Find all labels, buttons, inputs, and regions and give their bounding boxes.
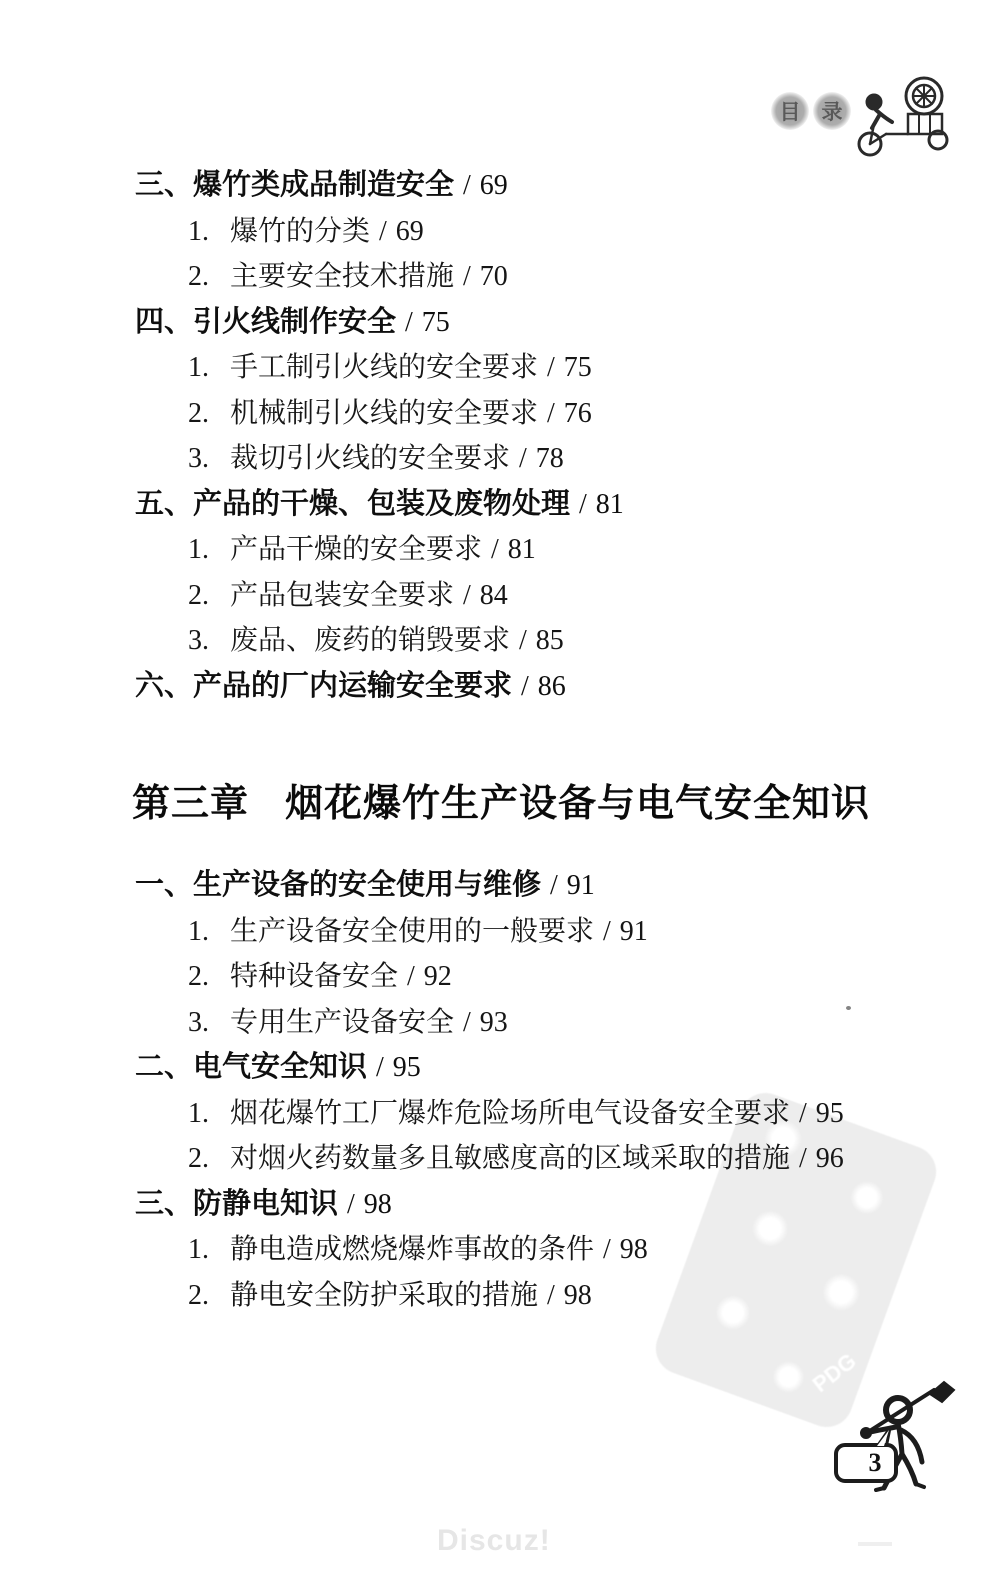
toc-entry-number: 3.	[188, 618, 214, 664]
toc-entry-text: 主要安全技术措施	[230, 261, 454, 292]
toc-entry-number: 2.	[188, 391, 214, 437]
toc-entry: 1.产品干燥的安全要求/81	[0, 527, 983, 573]
toc-page-number: 76	[564, 398, 592, 429]
scanned-toc-page: 目 录	[0, 0, 983, 1572]
fireworks-cart-icon	[852, 72, 958, 164]
toc-separator: /	[799, 1098, 807, 1129]
stamp-char: 目	[780, 96, 801, 126]
toc-entry-text: 生产设备安全使用的一般要求	[230, 916, 594, 947]
toc-separator: /	[376, 1052, 384, 1083]
toc-entry-text: 烟花爆竹工厂爆炸危险场所电气设备安全要求	[230, 1098, 790, 1129]
toc-page-number: 81	[596, 489, 624, 520]
toc-entry-number: 2.	[188, 573, 214, 619]
toc-entry-text: 静电安全防护采取的措施	[230, 1280, 538, 1311]
toc-entry-text: 废品、废药的销毁要求	[230, 625, 510, 656]
toc-page-number: 98	[564, 1280, 592, 1311]
toc-separator: /	[463, 170, 471, 201]
toc-entry-number: 1.	[188, 1091, 214, 1137]
toc-separator: /	[547, 398, 555, 429]
toc-entry-text: 特种设备安全	[230, 961, 398, 992]
toc-entry: 2.静电安全防护采取的措施/98	[0, 1273, 983, 1319]
toc-separator: /	[550, 870, 558, 901]
discuz-watermark-text: Discuz!	[437, 1524, 551, 1558]
toc-entry-number: 1.	[188, 1227, 214, 1273]
scan-artifact-dash	[858, 1542, 892, 1546]
toc-page-number: 75	[564, 352, 592, 383]
toc-entry: 六、产品的厂内运输安全要求/86	[0, 664, 983, 710]
toc-entry: 1.爆竹的分类/69	[0, 209, 983, 255]
toc-entry: 2.主要安全技术措施/70	[0, 254, 983, 300]
toc-page-number: 95	[816, 1098, 844, 1129]
toc-entry-text: 六、产品的厂内运输安全要求	[135, 670, 512, 702]
toc-entry-number: 1.	[188, 345, 214, 391]
toc-entry-text: 爆竹的分类	[230, 216, 370, 247]
toc-header-stamp-mu: 目	[771, 92, 809, 130]
toc-entry-number: 1.	[188, 909, 214, 955]
toc-separator: /	[603, 916, 611, 947]
toc-list-part1: 三、爆竹类成品制造安全/69 1.爆竹的分类/69 2.主要安全技术措施/70 …	[0, 163, 983, 709]
toc-entry-text: 五、产品的干燥、包装及废物处理	[135, 488, 570, 520]
toc-entry-text: 对烟火药数量多且敏感度高的区域采取的措施	[230, 1143, 790, 1174]
toc-entry: 2.特种设备安全/92	[0, 954, 983, 1000]
toc-separator: /	[519, 625, 527, 656]
toc-separator: /	[547, 1280, 555, 1311]
toc-header-stamp-lu: 录	[813, 92, 851, 130]
toc-entry: 1.生产设备安全使用的一般要求/91	[0, 909, 983, 955]
toc-entry-text: 裁切引火线的安全要求	[230, 443, 510, 474]
toc-entry-number: 3.	[188, 436, 214, 482]
toc-entry-text: 三、爆竹类成品制造安全	[135, 169, 454, 201]
toc-entry: 1.手工制引火线的安全要求/75	[0, 345, 983, 391]
toc-entry: 一、生产设备的安全使用与维修/91	[0, 863, 983, 909]
toc-separator: /	[407, 961, 415, 992]
toc-entry-number: 1.	[188, 209, 214, 255]
toc-entry: 1.烟花爆竹工厂爆炸危险场所电气设备安全要求/95	[0, 1091, 983, 1137]
toc-page-number: 78	[536, 443, 564, 474]
toc-entry-number: 1.	[188, 527, 214, 573]
toc-separator: /	[579, 489, 587, 520]
toc-entry: 三、防静电知识/98	[0, 1182, 983, 1228]
toc-page-number: 91	[567, 870, 595, 901]
toc-separator: /	[463, 580, 471, 611]
toc-entry: 1.静电造成燃烧爆炸事故的条件/98	[0, 1227, 983, 1273]
toc-list-part2: 一、生产设备的安全使用与维修/91 1.生产设备安全使用的一般要求/91 2.特…	[0, 863, 983, 1318]
stick-figure-shovel-icon	[832, 1380, 967, 1502]
toc-entry-number: 2.	[188, 254, 214, 300]
toc-entry-number: 2.	[188, 954, 214, 1000]
toc-page-number: 69	[396, 216, 424, 247]
toc-entry-number: 2.	[188, 1273, 214, 1319]
chapter-number: 第三章	[132, 783, 249, 825]
toc-page-number: 93	[480, 1007, 508, 1038]
toc-entry: 二、电气安全知识/95	[0, 1045, 983, 1091]
chapter-heading: 第三章烟花爆竹生产设备与电气安全知识	[132, 772, 870, 827]
toc-entry-text: 专用生产设备安全	[230, 1007, 454, 1038]
toc-separator: /	[463, 1007, 471, 1038]
toc-separator: /	[547, 352, 555, 383]
toc-separator: /	[519, 443, 527, 474]
toc-entry: 3.专用生产设备安全/93	[0, 1000, 983, 1046]
toc-entry-text: 三、防静电知识	[135, 1188, 338, 1220]
toc-entry-text: 手工制引火线的安全要求	[230, 352, 538, 383]
toc-entry-text: 机械制引火线的安全要求	[230, 398, 538, 429]
toc-separator: /	[405, 307, 413, 338]
toc-page-number: 86	[538, 671, 566, 702]
toc-separator: /	[491, 534, 499, 565]
toc-separator: /	[379, 216, 387, 247]
toc-separator: /	[463, 261, 471, 292]
toc-page-number: 75	[422, 307, 450, 338]
toc-entry-number: 2.	[188, 1136, 214, 1182]
toc-page-number: 69	[480, 170, 508, 201]
toc-entry: 三、爆竹类成品制造安全/69	[0, 163, 983, 209]
chapter-title: 烟花爆竹生产设备与电气安全知识	[285, 783, 870, 825]
toc-page-number: 84	[480, 580, 508, 611]
toc-page-number: 91	[620, 916, 648, 947]
stamp-char: 录	[822, 96, 843, 126]
toc-entry: 2.对烟火药数量多且敏感度高的区域采取的措施/96	[0, 1136, 983, 1182]
toc-page-number: 98	[364, 1189, 392, 1220]
toc-entry-number: 3.	[188, 1000, 214, 1046]
toc-entry: 2.产品包装安全要求/84	[0, 573, 983, 619]
toc-entry-text: 静电造成燃烧爆炸事故的条件	[230, 1234, 594, 1265]
toc-entry-text: 二、电气安全知识	[135, 1051, 367, 1083]
toc-page-number: 70	[480, 261, 508, 292]
toc-separator: /	[347, 1189, 355, 1220]
toc-entry: 四、引火线制作安全/75	[0, 300, 983, 346]
toc-entry-text: 一、生产设备的安全使用与维修	[135, 869, 541, 901]
toc-entry-text: 产品干燥的安全要求	[230, 534, 482, 565]
toc-page-number: 95	[393, 1052, 421, 1083]
toc-page-number: 98	[620, 1234, 648, 1265]
toc-entry: 2.机械制引火线的安全要求/76	[0, 391, 983, 437]
toc-entry-text: 产品包装安全要求	[230, 580, 454, 611]
toc-page-number: 81	[508, 534, 536, 565]
toc-entry: 3.裁切引火线的安全要求/78	[0, 436, 983, 482]
toc-entry-text: 四、引火线制作安全	[135, 306, 396, 338]
toc-page-number: 92	[424, 961, 452, 992]
toc-entry: 3.废品、废药的销毁要求/85	[0, 618, 983, 664]
page-number: 3	[852, 1447, 898, 1479]
toc-separator: /	[799, 1143, 807, 1174]
toc-page-number: 96	[816, 1143, 844, 1174]
toc-page-number: 85	[536, 625, 564, 656]
toc-separator: /	[603, 1234, 611, 1265]
toc-entry: 五、产品的干燥、包装及废物处理/81	[0, 482, 983, 528]
toc-separator: /	[521, 671, 529, 702]
